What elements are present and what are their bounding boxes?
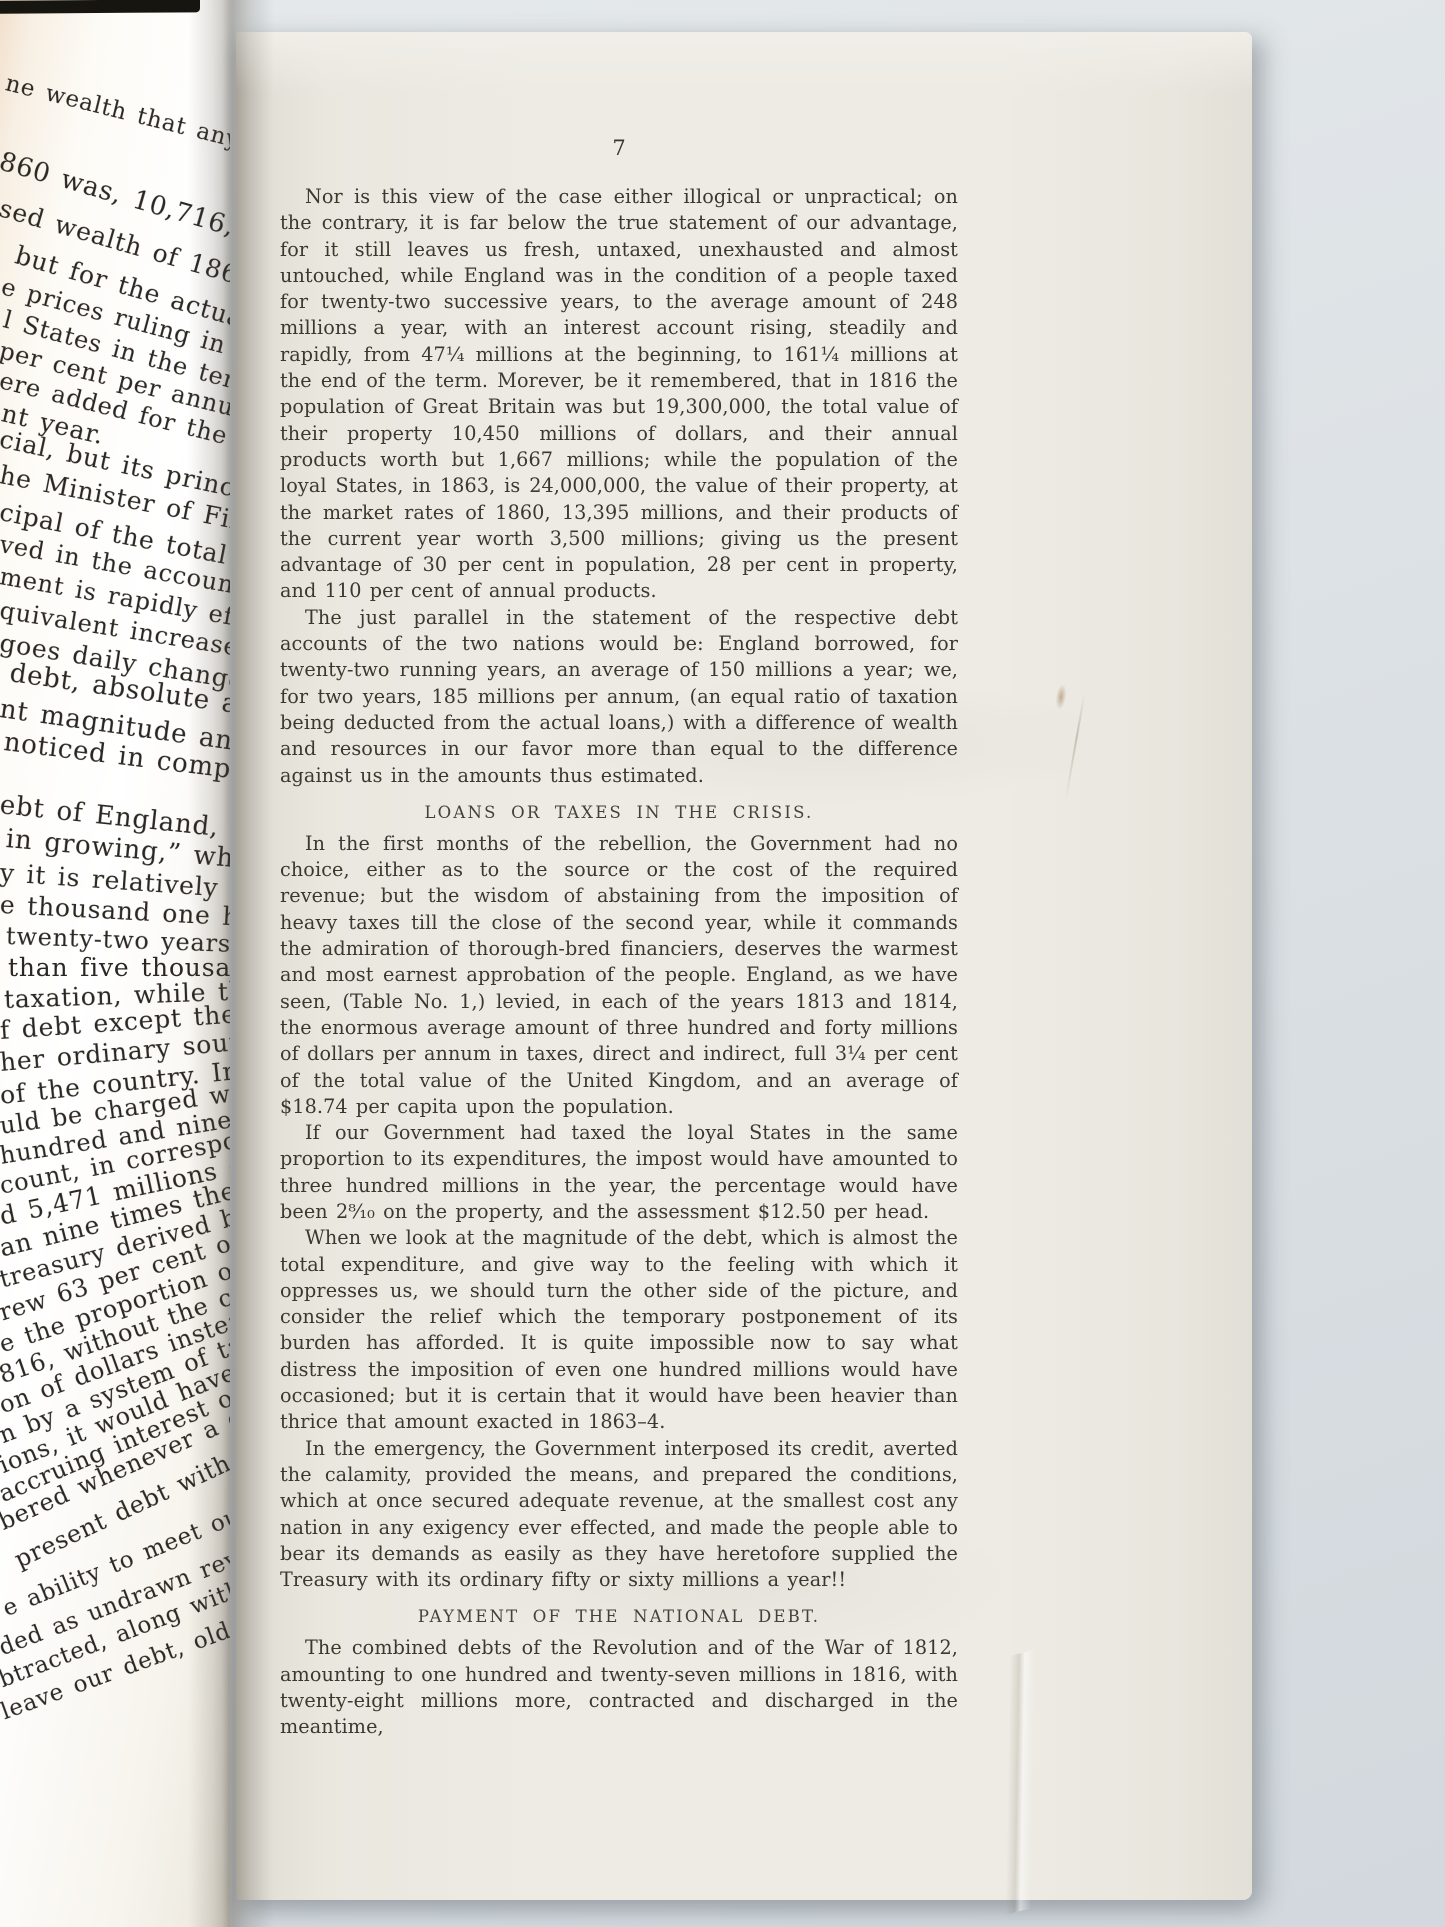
book-edge-shadow xyxy=(0,0,200,14)
book-page-left: ne wealth that any oth 860 was, 10,716,1… xyxy=(0,0,230,1927)
paragraph: When we look at the magnitude of the deb… xyxy=(280,1225,958,1435)
page-text-column: 7 Nor is this view of the case either il… xyxy=(280,136,958,1741)
paragraph: The just parallel in the statement of th… xyxy=(280,605,958,789)
left-page-fragment: ne wealth that any oth xyxy=(3,70,230,166)
book-photo: ne wealth that any oth 860 was, 10,716,1… xyxy=(0,0,1445,1927)
section-heading: PAYMENT OF THE NATIONAL DEBT. xyxy=(280,1607,958,1626)
page-number: 7 xyxy=(280,136,958,160)
section-heading: LOANS OR TAXES IN THE CRISIS. xyxy=(280,803,958,822)
paper-crease-mark xyxy=(1064,693,1085,802)
book-page-right: 7 Nor is this view of the case either il… xyxy=(236,32,1252,1900)
paragraph: Nor is this view of the case either illo… xyxy=(280,184,958,605)
paragraph: In the emergency, the Government interpo… xyxy=(280,1436,958,1594)
paragraph: The combined debts of the Revolution and… xyxy=(280,1635,958,1740)
paragraph: In the first months of the rebellion, th… xyxy=(280,831,958,1120)
paper-spot xyxy=(1054,683,1068,710)
paragraph: If our Government had taxed the loyal St… xyxy=(280,1120,958,1225)
